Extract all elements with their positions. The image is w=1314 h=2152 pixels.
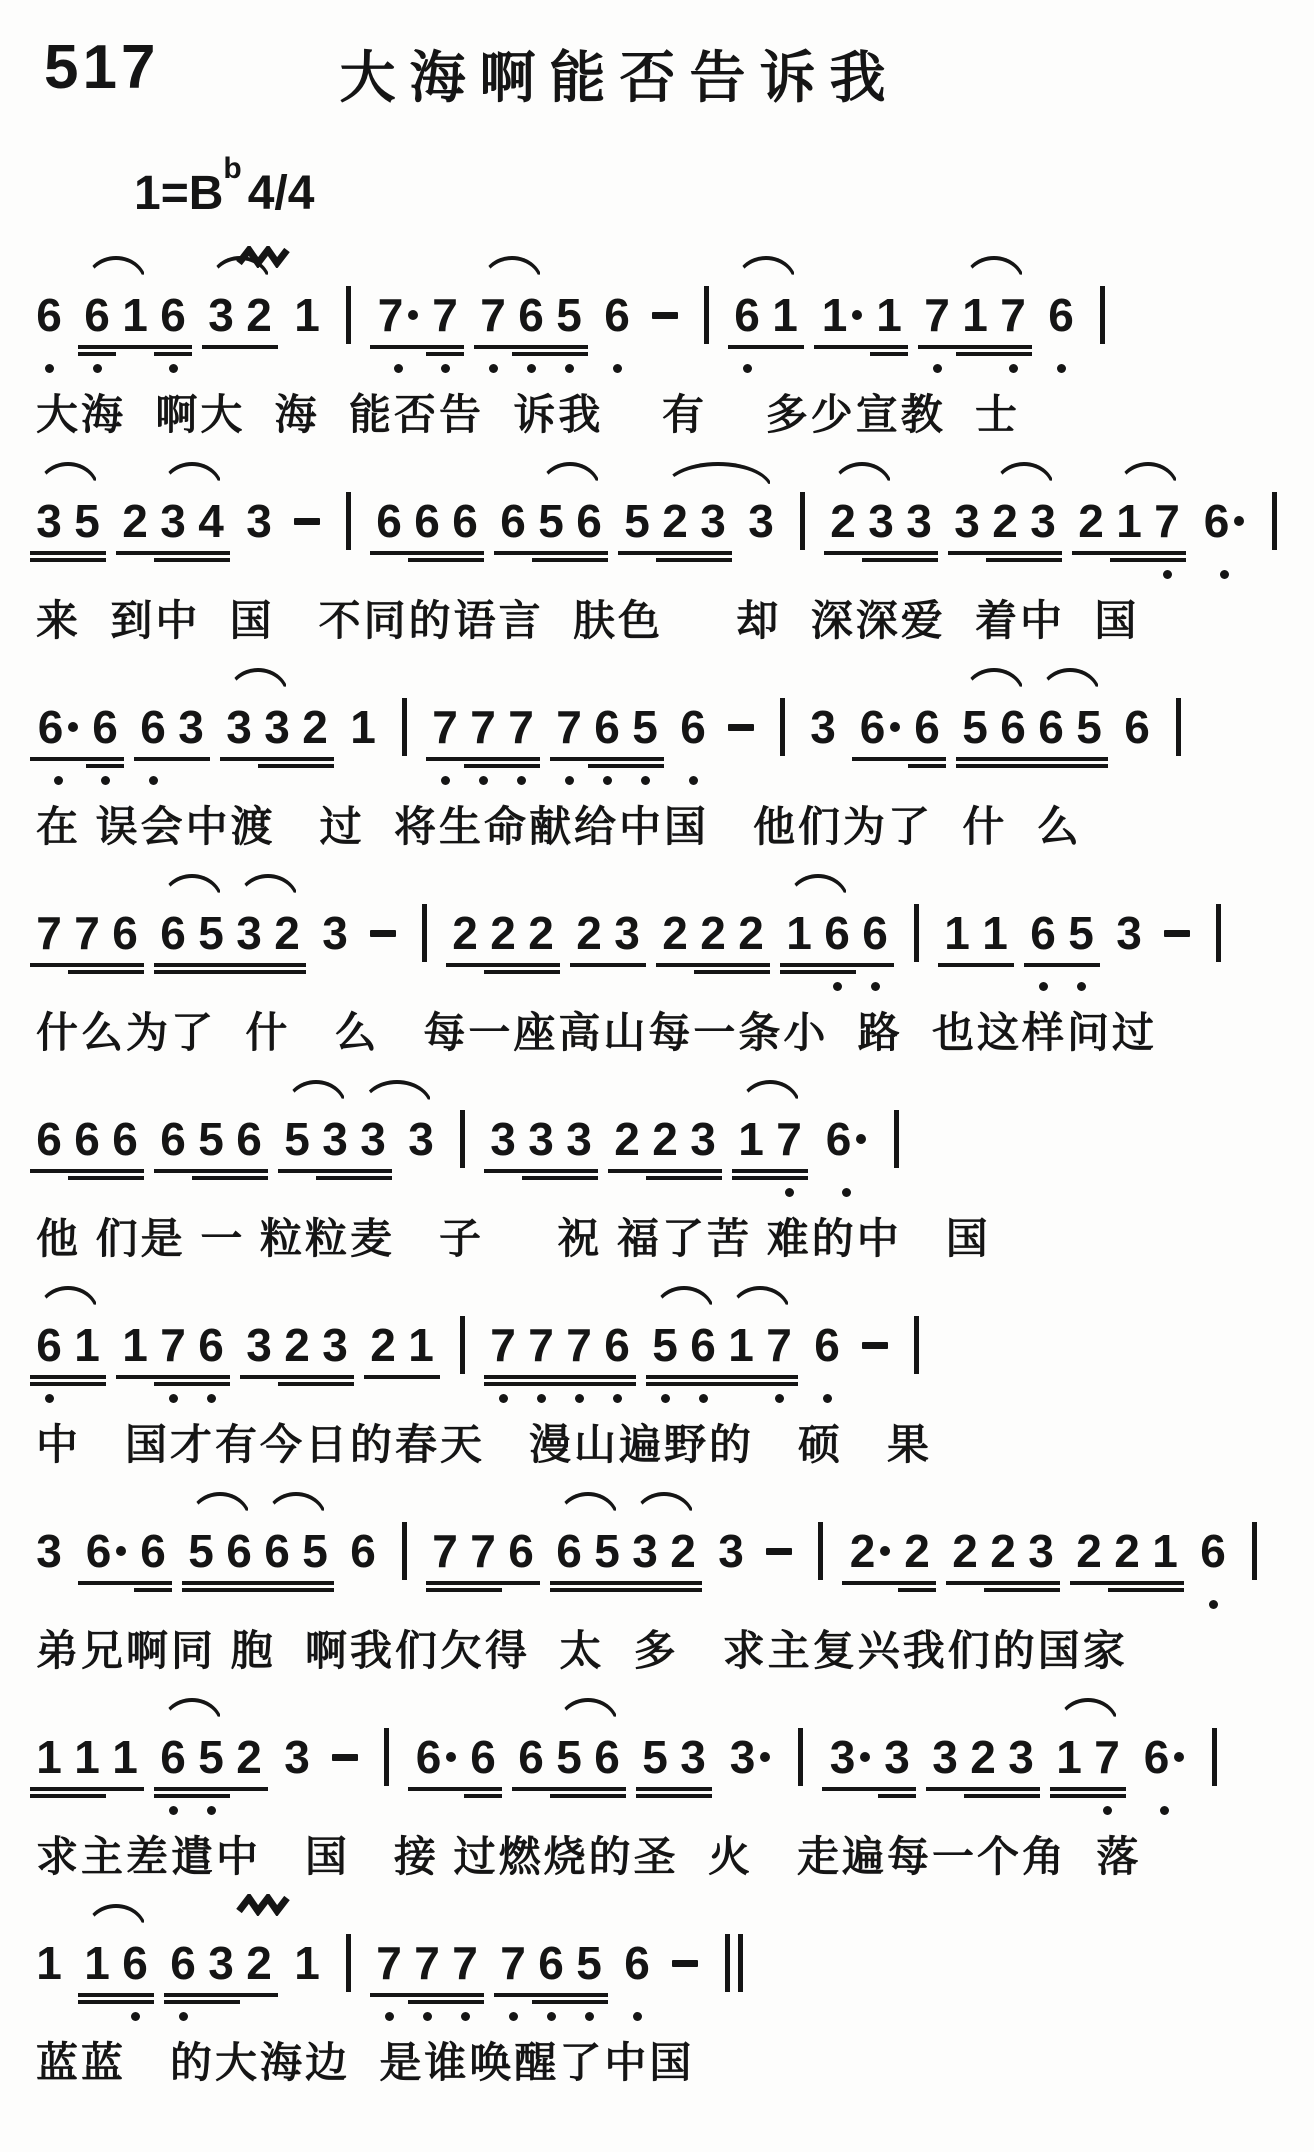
beam-group — [856, 1318, 894, 1406]
note-2: 2 — [646, 1112, 684, 1200]
beam-group — [904, 906, 928, 994]
octave-dot — [743, 364, 752, 373]
note-6: 6 — [164, 1936, 202, 2024]
song-title: 大海啊能否告诉我 — [339, 34, 899, 114]
duration-dash — [326, 1730, 364, 1818]
note-5: 5 — [532, 494, 570, 582]
octave-dot — [823, 1394, 832, 1403]
note-3: 3 — [484, 1112, 522, 1200]
notation-area: 661632177765661117176大海 啊大 海 能否告 诉我 有 多少… — [30, 250, 1288, 2090]
octave-dot — [1209, 1600, 1218, 1609]
beam-group — [788, 1730, 812, 1818]
note-4: 4 — [192, 494, 230, 582]
note-6: 6 — [408, 1730, 464, 1818]
note-7: 7 — [154, 1318, 192, 1406]
beam-group: 66 — [852, 700, 946, 788]
note-5: 5 — [626, 700, 664, 788]
note-1: 1 — [78, 1936, 116, 2024]
augmentation-dot — [68, 722, 78, 732]
slur — [189, 1492, 251, 1520]
beam-group: 11 — [938, 906, 1014, 994]
note-2: 2 — [296, 700, 334, 788]
note-2: 2 — [364, 1318, 402, 1406]
beam-group: 323 — [926, 1730, 1040, 1818]
note-6: 6 — [570, 494, 608, 582]
beam-group: 777 — [370, 1936, 484, 2024]
beam-group: 6 — [674, 700, 712, 788]
octave-dot — [509, 2012, 518, 2021]
beam-group: 66 — [78, 1524, 172, 1612]
note-6: 6 — [502, 1524, 540, 1612]
note-1: 1 — [402, 1318, 440, 1406]
note-3: 3 — [258, 700, 296, 788]
header: 517 大海啊能否告诉我 — [30, 32, 1288, 114]
octave-dot — [585, 2012, 594, 2021]
note-6: 6 — [856, 906, 894, 994]
slur — [265, 1492, 327, 1520]
note-5: 5 — [550, 1730, 588, 1818]
note-3: 3 — [1024, 494, 1062, 582]
beam-group: 5665 — [182, 1524, 334, 1612]
beam-group — [326, 1730, 364, 1818]
note-3: 3 — [316, 1318, 354, 1406]
octave-dot — [661, 1394, 670, 1403]
beam-group: 222 — [656, 906, 770, 994]
octave-dot — [149, 776, 158, 785]
note-1: 1 — [722, 1318, 760, 1406]
octave-dot — [689, 776, 698, 785]
note-7: 7 — [770, 1112, 808, 1200]
barline — [1206, 906, 1230, 994]
note-5: 5 — [296, 1524, 334, 1612]
augmentation-dot — [856, 1134, 866, 1144]
note-1: 1 — [1050, 1730, 1088, 1818]
barline — [1166, 700, 1190, 788]
slur — [653, 1286, 715, 1314]
augmentation-dot — [852, 310, 862, 320]
note-5: 5 — [646, 1318, 684, 1406]
beam-group — [790, 494, 814, 582]
slur — [735, 256, 797, 284]
octave-dot — [547, 2012, 556, 2021]
note-3: 3 — [926, 1730, 964, 1818]
note-5: 5 — [192, 1112, 230, 1200]
beam-group: 5617 — [646, 1318, 798, 1406]
note-6: 6 — [818, 906, 856, 994]
note-6: 6 — [220, 1524, 258, 1612]
beam-group — [694, 288, 718, 376]
music-line-9: 11663217777656 — [30, 1898, 1288, 2024]
barline — [904, 1318, 928, 1406]
barline — [450, 1112, 474, 1200]
beam-group — [392, 700, 416, 788]
note-3: 3 — [402, 1112, 440, 1200]
music-line-6: 6117632321777656176 — [30, 1280, 1288, 1406]
octave-dot — [131, 2012, 140, 2021]
note-2: 2 — [898, 1524, 936, 1612]
beam-group: 77 — [370, 288, 464, 376]
beam-group: 717 — [918, 288, 1032, 376]
beam-group — [1206, 906, 1230, 994]
octave-dot — [489, 364, 498, 373]
note-6: 6 — [408, 494, 446, 582]
beam-group: 332 — [220, 700, 334, 788]
beam-group: 777 — [426, 700, 540, 788]
octave-dot — [1009, 364, 1018, 373]
note-1: 1 — [870, 288, 908, 376]
note-1: 1 — [116, 288, 154, 376]
lyric-line-4: 什么为了 什 么 每一座高山每一条小 路 也这样问过 — [36, 1000, 1288, 1060]
system-5: 6666565333333223176他 们是 一 粒粒麦 子 祝 福了苦 难的… — [30, 1074, 1288, 1266]
octave-dot — [1077, 982, 1086, 991]
note-1: 1 — [780, 906, 818, 994]
note-1: 1 — [976, 906, 1014, 994]
note-1: 1 — [1146, 1524, 1184, 1612]
beam-group: 765 — [474, 288, 588, 376]
note-6: 6 — [494, 494, 532, 582]
note-3: 3 — [1022, 1524, 1060, 1612]
beam-group: 7776 — [484, 1318, 636, 1406]
note-7: 7 — [502, 700, 540, 788]
barline — [1242, 1524, 1266, 1612]
beam-group — [1262, 494, 1286, 582]
lyric-line-9: 蓝蓝 的大海边 是谁唤醒了中国 — [36, 2030, 1288, 2090]
octave-dot — [775, 1394, 784, 1403]
slur — [831, 462, 893, 490]
note-1: 1 — [344, 700, 382, 788]
note-7: 7 — [426, 1524, 464, 1612]
beam-group: 6 — [1118, 700, 1156, 788]
slur — [993, 462, 1055, 490]
note-6: 6 — [818, 1112, 874, 1200]
barline — [808, 1524, 832, 1612]
note-6: 6 — [598, 1318, 636, 1406]
note-3: 3 — [948, 494, 986, 582]
slur — [963, 668, 1025, 696]
beam-group: 3 — [804, 700, 842, 788]
music-line-3: 66633321777765636656656 — [30, 662, 1288, 788]
octave-dot — [575, 1394, 584, 1403]
octave-dot — [385, 2012, 394, 2021]
note-2: 2 — [522, 906, 560, 994]
note-2: 2 — [946, 1524, 984, 1612]
note-3: 3 — [30, 494, 68, 582]
note-6: 6 — [550, 1524, 588, 1612]
beam-group: 53 — [636, 1730, 712, 1818]
beam-group: 21 — [364, 1318, 440, 1406]
slur — [787, 874, 849, 902]
music-line-8: 11165236665653333323176 — [30, 1692, 1288, 1818]
beam-group — [1242, 1524, 1266, 1612]
octave-dot — [1039, 982, 1048, 991]
beam-group — [336, 1936, 360, 2024]
beam-group: 1 — [344, 700, 382, 788]
system-6: 6117632321777656176中 国才有今日的春天 漫山遍野的 硕 果 — [30, 1280, 1288, 1472]
system-7: 3665665677665323222232216弟兄啊同 胞 啊我们欠得 太 … — [30, 1486, 1288, 1678]
note-6: 6 — [30, 1112, 68, 1200]
note-6: 6 — [154, 288, 192, 376]
beam-group: 652 — [154, 1730, 268, 1818]
octave-dot — [871, 982, 880, 991]
duration-dash — [364, 906, 402, 994]
note-6: 6 — [116, 1936, 154, 2024]
note-5: 5 — [570, 1936, 608, 2024]
barline — [788, 1730, 812, 1818]
barline — [336, 1936, 360, 2024]
note-3: 3 — [560, 1112, 598, 1200]
augmentation-dot — [880, 1546, 890, 1556]
beam-group — [1202, 1730, 1226, 1818]
beam-group: 6 — [1194, 1524, 1232, 1612]
note-6: 6 — [1196, 494, 1252, 582]
note-7: 7 — [560, 1318, 598, 1406]
beam-group: 776 — [30, 906, 144, 994]
octave-dot — [441, 776, 450, 785]
note-1: 1 — [814, 288, 870, 376]
note-5: 5 — [956, 700, 994, 788]
note-2: 2 — [656, 906, 694, 994]
note-7: 7 — [370, 1936, 408, 2024]
duration-dash — [1158, 906, 1196, 994]
beam-group: 61 — [30, 1318, 106, 1406]
note-3: 3 — [722, 1730, 778, 1818]
note-5: 5 — [192, 906, 230, 994]
lyric-line-3: 在 误会中渡 过 将生命献给中国 他们为了 什 么 — [36, 794, 1288, 854]
beam-group: 323 — [948, 494, 1062, 582]
beam-group: 5665 — [956, 700, 1108, 788]
beam-group: 1 — [30, 1936, 68, 2024]
barline — [790, 494, 814, 582]
note-2: 2 — [268, 906, 306, 994]
beam-group — [1090, 288, 1114, 376]
note-3: 3 — [172, 700, 210, 788]
slur — [633, 1492, 695, 1520]
tremolo-mark — [235, 246, 291, 268]
beam-group: 166 — [780, 906, 894, 994]
note-7: 7 — [464, 1524, 502, 1612]
beam-group: 63 — [134, 700, 210, 788]
octave-dot — [517, 776, 526, 785]
note-3: 3 — [694, 494, 732, 582]
note-5: 5 — [182, 1524, 220, 1612]
slur — [227, 668, 289, 696]
augmentation-dot — [890, 722, 900, 732]
note-3: 3 — [278, 1730, 316, 1818]
note-3: 3 — [202, 1936, 240, 2024]
slur — [1057, 1698, 1119, 1726]
note-1: 1 — [732, 1112, 770, 1200]
octave-dot — [699, 1394, 708, 1403]
note-5: 5 — [550, 288, 588, 376]
beam-group: 223 — [946, 1524, 1060, 1612]
note-1: 1 — [116, 1318, 154, 1406]
octave-dot — [461, 2012, 470, 2021]
octave-dot — [179, 2012, 188, 2021]
octave-dot — [537, 1394, 546, 1403]
note-7: 7 — [550, 700, 588, 788]
barline — [392, 1524, 416, 1612]
octave-dot — [842, 1188, 851, 1197]
slur — [729, 1286, 791, 1314]
note-2: 2 — [694, 906, 732, 994]
sheet-music-page: 517 大海啊能否告诉我 1=Bb4/4 6616321777656611171… — [0, 0, 1314, 2152]
beam-group: 3 — [402, 1112, 440, 1200]
beam-group: 3 — [316, 906, 354, 994]
note-3: 3 — [316, 906, 354, 994]
note-1: 1 — [288, 1936, 326, 2024]
beam-group — [450, 1112, 474, 1200]
note-3: 3 — [804, 700, 842, 788]
beam-group: 3 — [1110, 906, 1148, 994]
note-6: 6 — [258, 1524, 296, 1612]
beam-group — [1158, 906, 1196, 994]
time-signature: 4/4 — [248, 167, 315, 220]
note-2: 2 — [984, 1524, 1022, 1612]
note-2: 2 — [1070, 1524, 1108, 1612]
beam-group: 3 — [712, 1524, 750, 1612]
note-6: 6 — [154, 1730, 192, 1818]
note-6: 6 — [598, 288, 636, 376]
slur — [481, 256, 543, 284]
note-6: 6 — [78, 288, 116, 376]
beam-group: 1 — [288, 288, 326, 376]
note-1: 1 — [1110, 494, 1148, 582]
note-2: 2 — [278, 1318, 316, 1406]
music-line-5: 6666565333333223176 — [30, 1074, 1288, 1200]
beam-group: 233 — [824, 494, 938, 582]
beam-group: 61 — [728, 288, 804, 376]
octave-dot — [527, 364, 536, 373]
barline — [770, 700, 794, 788]
note-6: 6 — [728, 288, 766, 376]
note-6: 6 — [512, 1730, 550, 1818]
augmentation-dot — [446, 1752, 456, 1762]
beam-group: 11 — [814, 288, 908, 376]
note-7: 7 — [760, 1318, 798, 1406]
slur — [361, 1080, 433, 1108]
note-6: 6 — [106, 906, 144, 994]
note-1: 1 — [68, 1730, 106, 1818]
beam-group: 3 — [742, 494, 780, 582]
note-5: 5 — [68, 494, 106, 582]
note-3: 3 — [742, 494, 780, 582]
barline — [374, 1730, 398, 1818]
note-3: 3 — [684, 1112, 722, 1200]
beam-group: 323 — [240, 1318, 354, 1406]
lyric-line-1: 大海 啊大 海 能否告 诉我 有 多少宣教 士 — [36, 382, 1288, 442]
barline — [1090, 288, 1114, 376]
note-3: 3 — [822, 1730, 878, 1818]
note-7: 7 — [474, 288, 512, 376]
note-2: 2 — [1072, 494, 1110, 582]
note-2: 2 — [230, 1730, 268, 1818]
note-6: 6 — [106, 1112, 144, 1200]
note-3: 3 — [230, 906, 268, 994]
note-3: 3 — [30, 1524, 68, 1612]
beam-group: 217 — [1072, 494, 1186, 582]
beam-group: 6532 — [550, 1524, 702, 1612]
note-2: 2 — [1108, 1524, 1146, 1612]
octave-dot — [169, 364, 178, 373]
octave-dot — [207, 1394, 216, 1403]
barline — [904, 906, 928, 994]
note-5: 5 — [1070, 700, 1108, 788]
beam-group: 35 — [30, 494, 106, 582]
augmentation-dot — [408, 310, 418, 320]
octave-dot — [641, 776, 650, 785]
note-2: 2 — [446, 906, 484, 994]
note-2: 2 — [116, 494, 154, 582]
note-6: 6 — [1032, 700, 1070, 788]
slur — [37, 1286, 99, 1314]
octave-dot — [833, 982, 842, 991]
beam-group — [364, 906, 402, 994]
note-1: 1 — [68, 1318, 106, 1406]
octave-dot — [423, 2012, 432, 2021]
beam-group: 3 — [240, 494, 278, 582]
note-2: 2 — [240, 288, 278, 376]
note-3: 3 — [900, 494, 938, 582]
beam-group: 22 — [842, 1524, 936, 1612]
slur — [161, 874, 223, 902]
barline — [412, 906, 436, 994]
beam-group: 6 — [344, 1524, 382, 1612]
system-4: 776653232222322216611653什么为了 什 么 每一座高山每一… — [30, 868, 1288, 1060]
note-5: 5 — [618, 494, 656, 582]
lyric-line-6: 中 国才有今日的春天 漫山遍野的 硕 果 — [36, 1412, 1288, 1472]
octave-dot — [45, 364, 54, 373]
octave-dot — [54, 776, 63, 785]
barline — [1202, 1730, 1226, 1818]
beam-group: 6 — [1042, 288, 1080, 376]
note-1: 1 — [938, 906, 976, 994]
note-3: 3 — [522, 1112, 560, 1200]
note-6: 6 — [154, 1112, 192, 1200]
slur — [663, 462, 773, 490]
note-5: 5 — [588, 1524, 626, 1612]
note-6: 6 — [512, 288, 550, 376]
barline — [694, 288, 718, 376]
note-5: 5 — [636, 1730, 674, 1818]
beam-group: 66 — [408, 1730, 502, 1818]
barline — [884, 1112, 908, 1200]
barline — [336, 494, 360, 582]
note-6: 6 — [532, 1936, 570, 2024]
note-7: 7 — [918, 288, 956, 376]
slur — [237, 874, 299, 902]
beam-group: 6 — [30, 288, 68, 376]
beam-group: 23 — [570, 906, 646, 994]
note-7: 7 — [408, 1936, 446, 2024]
note-7: 7 — [484, 1318, 522, 1406]
octave-dot — [785, 1188, 794, 1197]
octave-dot — [1220, 570, 1229, 579]
note-6: 6 — [684, 1318, 722, 1406]
beam-group: 656 — [494, 494, 608, 582]
beam-group: 17 — [1050, 1730, 1126, 1818]
beam-group: 6 — [1136, 1730, 1192, 1818]
barline — [1262, 494, 1286, 582]
system-9: 11663217777656蓝蓝 的大海边 是谁唤醒了中国 — [30, 1898, 1288, 2090]
beam-group: 6 — [618, 1936, 656, 2024]
beam-group: 533 — [278, 1112, 392, 1200]
note-6: 6 — [852, 700, 908, 788]
note-3: 3 — [674, 1730, 712, 1818]
octave-dot — [207, 1806, 216, 1815]
duration-dash — [646, 288, 684, 376]
beam-group — [884, 1112, 908, 1200]
music-line-4: 776653232222322216611653 — [30, 868, 1288, 994]
